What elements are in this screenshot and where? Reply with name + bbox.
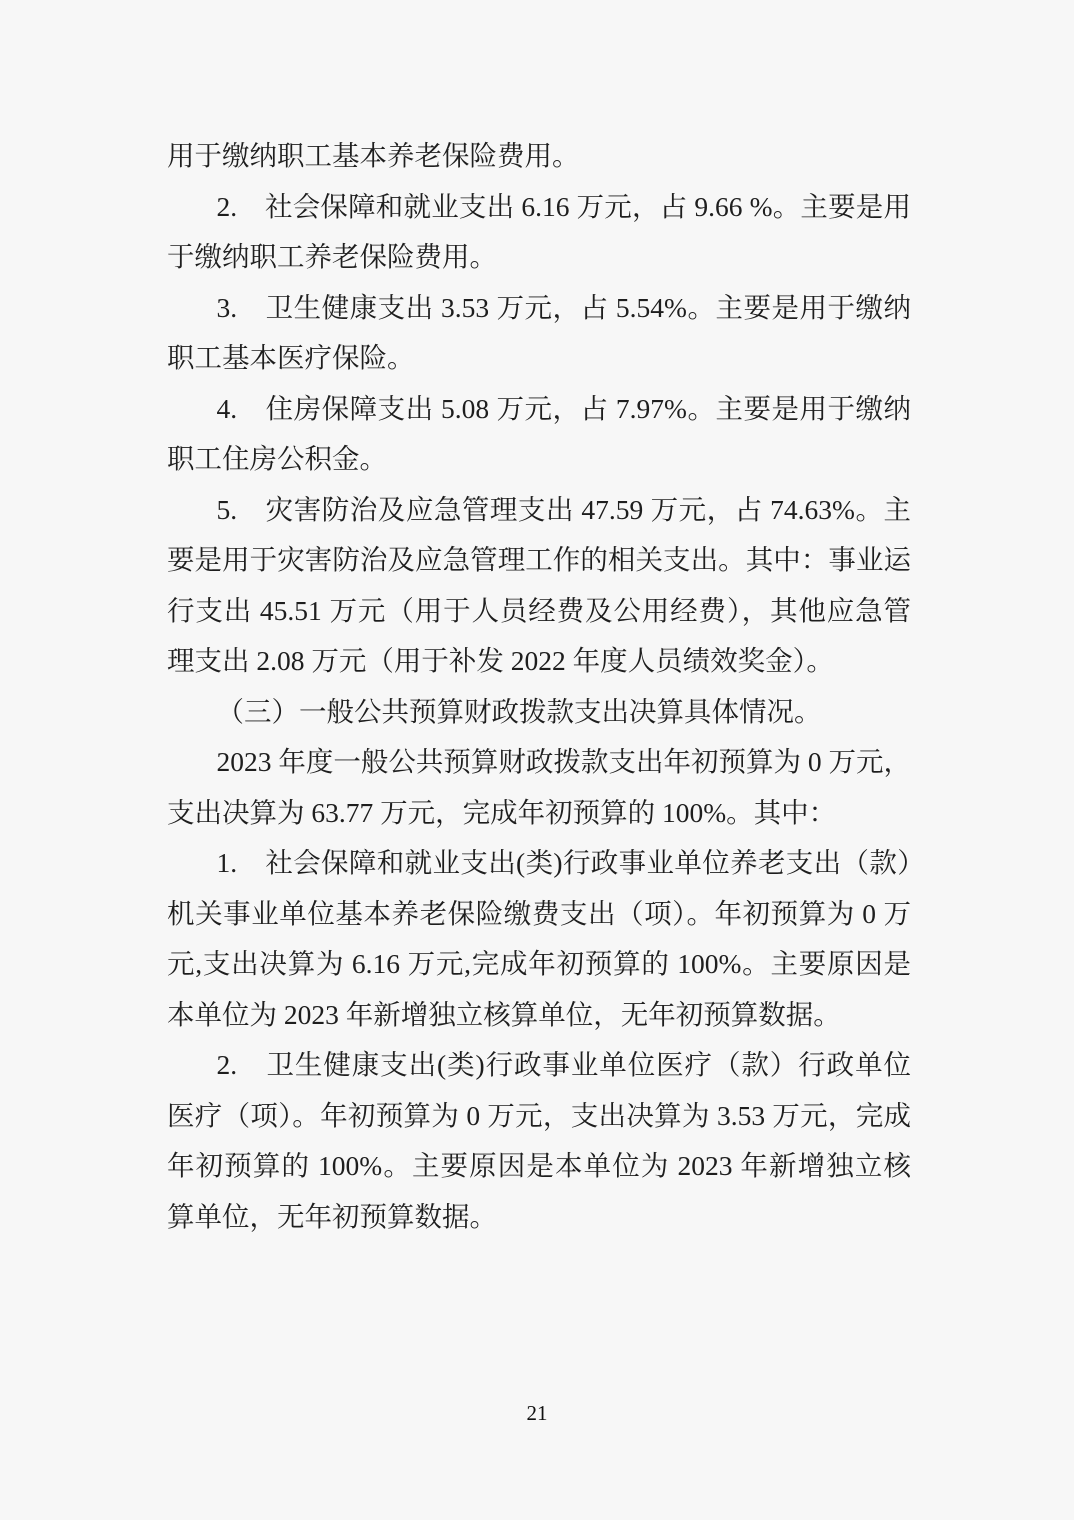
- paragraph-detail2-health: 2. 卫生健康支出(类)行政事业单位医疗（款）行政单位医疗（项）。年初预算为 0…: [167, 1040, 911, 1242]
- page-number: 21: [0, 1401, 1074, 1426]
- document-body: 用于缴纳职工基本养老保险费用。 2. 社会保障和就业支出 6.16 万元，占 9…: [167, 131, 911, 1242]
- paragraph-section3-heading: （三）一般公共预算财政拨款支出决算具体情况。: [167, 687, 911, 738]
- paragraph-2023-budget-overview: 2023 年度一般公共预算财政拨款支出年初预算为 0 万元，支出决算为 63.7…: [167, 737, 911, 838]
- paragraph-continuation-pension-fees: 用于缴纳职工基本养老保险费用。: [167, 131, 911, 182]
- document-page: 用于缴纳职工基本养老保险费用。 2. 社会保障和就业支出 6.16 万元，占 9…: [0, 0, 1074, 1520]
- paragraph-item2-social-security-employment: 2. 社会保障和就业支出 6.16 万元，占 9.66 %。主要是用于缴纳职工养…: [167, 182, 911, 283]
- paragraph-item5-disaster-emergency: 5. 灾害防治及应急管理支出 47.59 万元，占 74.63%。主要是用于灾害…: [167, 485, 911, 687]
- paragraph-item4-housing: 4. 住房保障支出 5.08 万元，占 7.97%。主要是用于缴纳职工住房公积金…: [167, 384, 911, 485]
- paragraph-item3-health: 3. 卫生健康支出 3.53 万元，占 5.54%。主要是用于缴纳职工基本医疗保…: [167, 283, 911, 384]
- paragraph-detail1-social-security: 1. 社会保障和就业支出(类)行政事业单位养老支出（款） 机关事业单位基本养老保…: [167, 838, 911, 1040]
